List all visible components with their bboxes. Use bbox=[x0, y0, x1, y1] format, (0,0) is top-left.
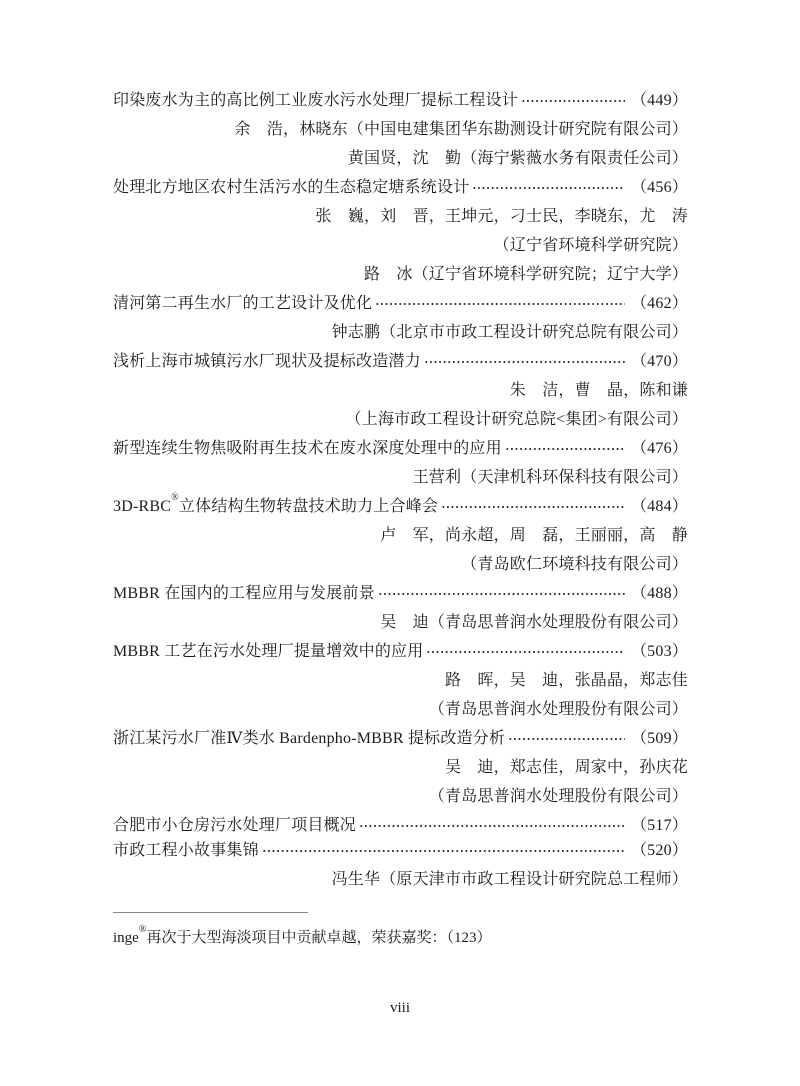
toc-entry-author-line: （辽宁省环境科学研究院） bbox=[113, 231, 688, 260]
toc-entry-title-row: MBBR 工艺在污水处理厂提量增效中的应用（503） bbox=[113, 637, 688, 666]
dot-leader bbox=[375, 289, 625, 318]
dot-leader bbox=[424, 347, 625, 376]
toc-entry-authors: （青岛思普润水处理股份有限公司） bbox=[429, 695, 688, 724]
toc-entry-title: 印染废水为主的高比例工业废水污水处理厂提标工程设计 bbox=[113, 86, 518, 115]
toc-entry-page-number: （470） bbox=[627, 347, 688, 376]
footnote: inge®再次于大型海淡项目中贡献卓越，荣获嘉奖：（123） bbox=[113, 912, 688, 949]
dot-leader bbox=[378, 579, 625, 608]
toc-entry-authors: （青岛思普润水处理股份有限公司） bbox=[429, 782, 688, 811]
dot-leader bbox=[426, 637, 625, 666]
toc-entry-author-line: 黄国贤，沈 勤（海宁紫薇水务有限责任公司） bbox=[113, 144, 688, 173]
toc-entry-author-line: （青岛思普润水处理股份有限公司） bbox=[113, 782, 688, 811]
toc-entry-author-line: 卢 军，尚永超，周 磊，王丽丽，高 静 bbox=[113, 521, 688, 550]
toc-entry-page-number: （462） bbox=[627, 289, 688, 318]
document-page: 印染废水为主的高比例工业废水污水处理厂提标工程设计（449）余 浩，林晓东（中国… bbox=[0, 0, 800, 1086]
toc-list: 印染废水为主的高比例工业废水污水处理厂提标工程设计（449）余 浩，林晓东（中国… bbox=[113, 86, 688, 894]
toc-entry-authors: 钟志鹏（北京市市政工程设计研究总院有限公司） bbox=[332, 318, 688, 347]
toc-entry-author-line: 朱 洁，曹 晶，陈和谦 bbox=[113, 376, 688, 405]
toc-entry-title-row: 市政工程小故事集锦（520） bbox=[113, 836, 688, 865]
toc-entry-author-line: 余 浩，林晓东（中国电建集团华东勘测设计研究院有限公司） bbox=[113, 115, 688, 144]
toc-entry-page-number: （456） bbox=[627, 173, 688, 202]
toc-entry-title: MBBR 在国内的工程应用与发展前景 bbox=[113, 579, 375, 608]
toc-entry-authors: 黄国贤，沈 勤（海宁紫薇水务有限责任公司） bbox=[348, 144, 688, 173]
toc-entry-title-row: 处理北方地区农村生活污水的生态稳定塘系统设计（456） bbox=[113, 173, 688, 202]
toc-entry-title: 浅析上海市城镇污水厂现状及提标改造潜力 bbox=[113, 347, 421, 376]
toc-entry-author-line: 张 巍，刘 晋，王坤元，刁士民，李晓东，尤 涛 bbox=[113, 202, 688, 231]
toc-entry-author-line: （青岛欧仁环境科技有限公司） bbox=[113, 550, 688, 579]
dot-leader bbox=[505, 434, 625, 463]
registered-trademark-symbol: ® bbox=[139, 924, 147, 935]
toc-entry-title: 处理北方地区农村生活污水的生态稳定塘系统设计 bbox=[113, 173, 469, 202]
toc-entry-title-row: 浙江某污水厂准Ⅳ类水 Bardenpho-MBBR 提标改造分析（509） bbox=[113, 724, 688, 753]
toc-entry-authors: （上海市政工程设计研究总院<集团>有限公司） bbox=[346, 405, 688, 434]
dot-leader bbox=[508, 724, 625, 753]
toc-entry-authors: 朱 洁，曹 晶，陈和谦 bbox=[510, 376, 688, 405]
toc-entry-author-line: 王营利（天津机科环保科技有限公司） bbox=[113, 463, 688, 492]
toc-entry-page-number: （509） bbox=[627, 724, 688, 753]
toc-entry-page-number: （488） bbox=[627, 579, 688, 608]
toc-entry-author-line: 吴 迪，郑志佳，周家中，孙庆花 bbox=[113, 753, 688, 782]
toc-entry-author-line: （青岛思普润水处理股份有限公司） bbox=[113, 695, 688, 724]
toc-entry-authors: （青岛欧仁环境科技有限公司） bbox=[461, 550, 688, 579]
toc-entry-authors: 吴 迪，郑志佳，周家中，孙庆花 bbox=[445, 753, 688, 782]
toc-entry-author-line: 路 晖，吴 迪，张晶晶，郑志佳 bbox=[113, 666, 688, 695]
toc-entry-page-number: （476） bbox=[627, 434, 688, 463]
toc-entry-authors: 路 冰（辽宁省环境科学研究院；辽宁大学） bbox=[364, 260, 688, 289]
toc-entry-authors: 张 巍，刘 晋，王坤元，刁士民，李晓东，尤 涛 bbox=[315, 202, 688, 231]
toc-entry-authors: 王营利（天津机科环保科技有限公司） bbox=[413, 463, 688, 492]
registered-trademark-symbol: ® bbox=[171, 492, 179, 503]
footnote-text: inge®再次于大型海淡项目中贡献卓越，荣获嘉奖：（123） bbox=[113, 927, 688, 949]
toc-entry-authors: （辽宁省环境科学研究院） bbox=[494, 231, 688, 260]
toc-entry-authors: 路 晖，吴 迪，张晶晶，郑志佳 bbox=[445, 666, 688, 695]
toc-entry-title-row: 清河第二再生水厂的工艺设计及优化（462） bbox=[113, 289, 688, 318]
toc-entry-title: 新型连续生物焦吸附再生技术在废水深度处理中的应用 bbox=[113, 434, 502, 463]
toc-entry-title-row: 新型连续生物焦吸附再生技术在废水深度处理中的应用（476） bbox=[113, 434, 688, 463]
toc-entry-title-row: MBBR 在国内的工程应用与发展前景（488） bbox=[113, 579, 688, 608]
toc-entry-author-line: 吴 迪（青岛思普润水处理股份有限公司） bbox=[113, 608, 688, 637]
toc-entry-title: 3D-RBC®立体结构生物转盘技术助力上合峰会 bbox=[113, 492, 438, 521]
toc-entry-title: 市政工程小故事集锦 bbox=[113, 836, 259, 865]
toc-entry-title: 清河第二再生水厂的工艺设计及优化 bbox=[113, 289, 372, 318]
footnote-separator bbox=[113, 912, 308, 913]
dot-leader bbox=[262, 836, 625, 865]
dot-leader bbox=[521, 86, 625, 115]
toc-entry-page-number: （449） bbox=[627, 86, 688, 115]
page-number: viii bbox=[0, 1000, 800, 1017]
toc-entry-title-row: 浅析上海市城镇污水厂现状及提标改造潜力（470） bbox=[113, 347, 688, 376]
dot-leader bbox=[441, 492, 625, 521]
toc-entry-author-line: 冯生华（原天津市市政工程设计研究院总工程师） bbox=[113, 865, 688, 894]
toc-entry-page-number: （503） bbox=[627, 637, 688, 666]
toc-entry-authors: 吴 迪（青岛思普润水处理股份有限公司） bbox=[380, 608, 688, 637]
toc-entry-title-row: 3D-RBC®立体结构生物转盘技术助力上合峰会（484） bbox=[113, 492, 688, 521]
dot-leader bbox=[472, 173, 625, 202]
toc-entry-title: MBBR 工艺在污水处理厂提量增效中的应用 bbox=[113, 637, 423, 666]
toc-entry-authors: 余 浩，林晓东（中国电建集团华东勘测设计研究院有限公司） bbox=[234, 115, 688, 144]
toc-entry-title-row: 印染废水为主的高比例工业废水污水处理厂提标工程设计（449） bbox=[113, 86, 688, 115]
toc-entry-author-line: 路 冰（辽宁省环境科学研究院；辽宁大学） bbox=[113, 260, 688, 289]
toc-entry-authors: 冯生华（原天津市市政工程设计研究院总工程师） bbox=[332, 865, 688, 894]
toc-entry-title: 浙江某污水厂准Ⅳ类水 Bardenpho-MBBR 提标改造分析 bbox=[113, 724, 505, 753]
toc-entry-author-line: （上海市政工程设计研究总院<集团>有限公司） bbox=[113, 405, 688, 434]
toc-entry-page-number: （484） bbox=[627, 492, 688, 521]
toc-entry-page-number: （520） bbox=[627, 836, 688, 865]
toc-entry-author-line: 钟志鹏（北京市市政工程设计研究总院有限公司） bbox=[113, 318, 688, 347]
toc-entry-authors: 卢 军，尚永超，周 磊，王丽丽，高 静 bbox=[380, 521, 688, 550]
